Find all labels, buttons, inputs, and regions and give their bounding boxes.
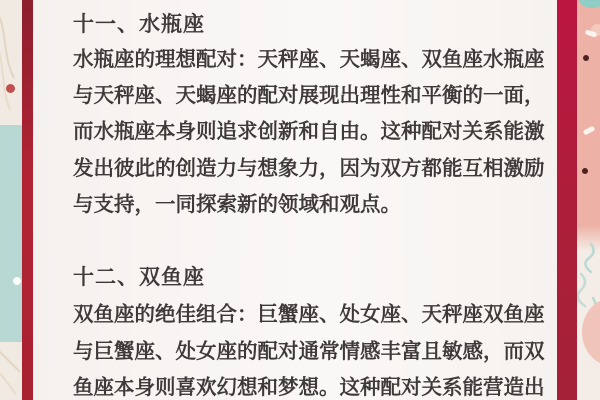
right-decor-strip xyxy=(577,0,600,400)
left-red-border-bar xyxy=(22,0,33,400)
section-heading-pisces: 十二、双鱼座 xyxy=(73,261,205,291)
dark-dot-decoration xyxy=(583,55,589,61)
dark-dot-decoration xyxy=(582,168,588,174)
right-red-border-bar xyxy=(557,0,577,400)
article-page: 十一、水瓶座 水瓶座的理想配对：天秤座、天蝎座、双鱼座水瓶座 与天秤座、天蝎座的… xyxy=(0,0,600,400)
text-line: 与巨蟹座、处女座的配对通常情感丰富且敏感，而双 xyxy=(73,334,545,364)
teal-block-decoration xyxy=(0,125,22,342)
text-line: 与天秤座、天蝎座的配对展现出理性和平衡的一面， xyxy=(73,78,545,108)
text-line: 而水瓶座本身则追求创新和自由。这种配对关系能激 xyxy=(73,114,545,144)
left-bottom-lines-decoration xyxy=(0,342,22,400)
text-line: 鱼座本身则喜欢幻想和梦想。这种配对关系能营造出 xyxy=(73,370,545,400)
white-dot-decoration xyxy=(13,277,21,285)
left-curve-lines-decoration xyxy=(0,0,22,125)
white-dash-decoration xyxy=(583,125,596,135)
text-line: 与支持，一同探索新的领域和观点。 xyxy=(73,187,401,217)
article-content: 十一、水瓶座 水瓶座的理想配对：天秤座、天蝎座、双鱼座水瓶座 与天秤座、天蝎座的… xyxy=(33,0,557,400)
pink-block-decoration xyxy=(577,0,600,238)
text-line: 发出彼此的创造力与想象力，因为双方都能互相激励 xyxy=(73,151,545,181)
text-line: 双鱼座的绝佳组合：巨蟹座、处女座、天秤座双鱼座 xyxy=(73,297,545,327)
red-dot-decoration xyxy=(6,84,15,93)
text-line: 水瓶座的理想配对：天秤座、天蝎座、双鱼座水瓶座 xyxy=(73,42,545,72)
section-heading-aquarius: 十一、水瓶座 xyxy=(73,8,205,38)
